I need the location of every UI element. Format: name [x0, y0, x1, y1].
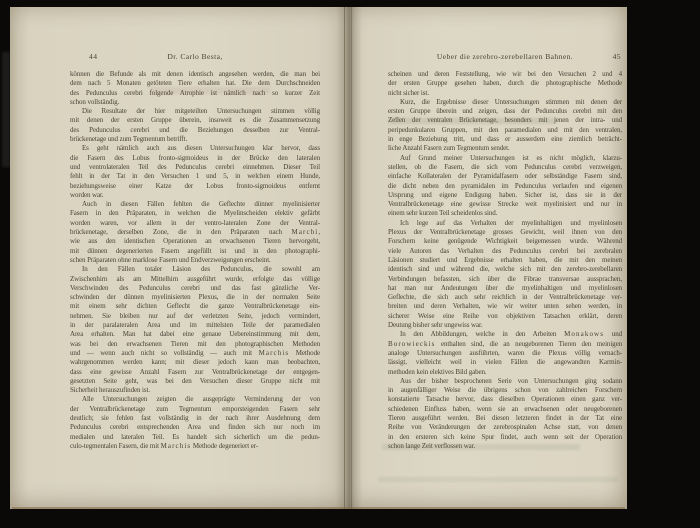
- text-line: Alle Untersuchungen zeigten die ausgeprä…: [70, 395, 320, 404]
- text-line: scheinen und deren Feststellung, wie wir…: [388, 70, 622, 79]
- book-spread: 44 Dr. Carlo Besta, können die Befunde a…: [10, 7, 627, 509]
- text-line: Zwischenhirn als am Mittelhirn ausgeführ…: [70, 275, 320, 284]
- text-line: nehmen. Sie bleiben nur auf der verletzt…: [70, 312, 320, 321]
- text-line: Geflechte, die sich auch sehr reichlich …: [388, 293, 622, 302]
- text-line: Auch in diesen Fällen fehlten die Geflec…: [70, 200, 320, 209]
- text-line: beziehungsweise einer Katze der Lobus fr…: [70, 182, 320, 191]
- text-line: in der paralateralen Area und im mittels…: [70, 321, 320, 330]
- ink-showthrough-mark: [150, 87, 270, 94]
- paragraph: Es geht nämlich auch aus diesen Untersuc…: [70, 144, 320, 200]
- text-line: brückenetage und zum Tegmentum betrifft.: [70, 135, 320, 144]
- text-line: in den ersteren sich keine Spur findet, …: [388, 433, 622, 442]
- text-line: Läsionen studiert und Ergebnisse erhalte…: [388, 256, 622, 265]
- paragraph: In den Abbildungen, welche in den Arbeit…: [388, 330, 622, 376]
- text-line: sicherer Weise eine Reihe von objektiven…: [388, 312, 622, 321]
- paragraph: Ich lege auf das Verhalten der myelinhal…: [388, 219, 622, 331]
- text-line: methoden kein elektives Bild gaben.: [388, 368, 622, 377]
- text-line: können die Befunde als mit denen identis…: [70, 70, 320, 79]
- text-line: Ventralbrückenetage eine gewisse Strecke…: [388, 200, 622, 209]
- text-line: viele Autoren das Verhalten des Peduncul…: [388, 247, 622, 256]
- text-line: brückenetage, derselben Zone, die in den…: [70, 228, 320, 237]
- text-line: einfache Kollateralen der Pyramidalfaser…: [388, 172, 622, 181]
- paragraph: Auf Grund meiner Untersuchungen ist es n…: [388, 154, 622, 219]
- text-line: wie aus den identischen Operationen an e…: [70, 237, 320, 246]
- text-line: in enge Beziehung tritt, und dass er aus…: [388, 135, 622, 144]
- text-line: schen Präparaten ohne marklose Fasern un…: [70, 256, 320, 265]
- text-block-right: scheinen und deren Feststellung, wie wir…: [388, 70, 622, 451]
- text-line: Fasern in den Präparaten, in welchen die…: [70, 209, 320, 218]
- ink-showthrough-mark: [382, 444, 580, 450]
- text-line: identisch sind und während die, welche s…: [388, 265, 622, 274]
- paragraph: Die Resultate der hier mitgeteilten Unte…: [70, 107, 320, 144]
- under-page-edge: [2, 52, 10, 167]
- text-line: konstatierte Tatsache hervor, dass diese…: [388, 395, 622, 404]
- ink-showthrough-mark: [378, 477, 618, 482]
- text-line: schiedenen Einfluss haben, wenn sie an e…: [388, 405, 622, 414]
- paragraph: Kurz, die Ergebnisse dieser Untersuchung…: [388, 98, 622, 154]
- text-line: hat man nur Andeutungen über die myelinh…: [388, 284, 622, 293]
- text-line: lässigt, vielleicht weil in vielen Fälle…: [388, 358, 622, 367]
- text-block-left: können die Befunde als mit denen identis…: [70, 70, 320, 451]
- text-line: einem sehr kurzen Teil scheidenlos sind.: [388, 209, 622, 218]
- running-head-right: Ueber die zerebro-zerebellaren Bahnen.: [388, 51, 622, 62]
- text-line: mit denen der ersten Gruppe überein, ins…: [70, 116, 320, 125]
- text-line: mit dünnen degenerierten Fasern angefüll…: [70, 247, 320, 256]
- text-line: Borowieckis enthalten sind, die an neuge…: [388, 340, 622, 349]
- text-line: was bei den erwachsenen Tieren mit den p…: [70, 340, 320, 349]
- text-line: in augenfälliger Weise die übrigens scho…: [388, 386, 622, 395]
- page-header-right: Ueber die zerebro-zerebellaren Bahnen. 4…: [388, 51, 622, 62]
- text-line: nicht sicher ist.: [388, 89, 622, 98]
- gutter-fold-line: [351, 7, 352, 509]
- text-line: deutlich; sie fehlen fast vollständig in…: [70, 414, 320, 423]
- text-line: breiten und deren Verhalten, wie wir wei…: [388, 302, 622, 311]
- text-line: schwinden der dünnen myelinisierten Plex…: [70, 293, 320, 302]
- text-line: gesetzten Seite geht, was bei den Versuc…: [70, 377, 320, 386]
- text-line: ersten Gruppe überein und zeigen, dass d…: [388, 107, 622, 116]
- text-line: fehlt in der Tat in den Versuchen 1 und …: [70, 172, 320, 181]
- ink-showthrough-mark: [388, 118, 556, 124]
- text-line: Sicherheit herauszufinden ist.: [70, 386, 320, 395]
- text-line: der Ventralbrückenetage zum Tegmentum em…: [70, 405, 320, 414]
- paragraph: Alle Untersuchungen zeigten die ausgeprä…: [70, 395, 320, 451]
- paragraph: Aus der bisher besprochenen Serie von Un…: [388, 377, 622, 451]
- gutter-shadow: [336, 7, 362, 509]
- text-line: Area erhalten. Man hat dabei eine genaue…: [70, 330, 320, 339]
- scanned-book-photo: 44 Dr. Carlo Besta, können die Befunde a…: [0, 0, 700, 528]
- page-number-left: 44: [89, 51, 97, 62]
- text-line: die Fasern des Lobus fronto-sigmoideus i…: [70, 154, 320, 163]
- text-line: und ventrolateralen Teil des Pedunculus …: [70, 163, 320, 172]
- text-line: mit einem sehr dichten Geflecht die ganz…: [70, 302, 320, 311]
- text-line: Deutung bisher sehr ungewiss war.: [388, 321, 622, 330]
- text-line: Ursprung und eigene Endigung haben. Sich…: [388, 191, 622, 200]
- text-line: Aus der bisher besprochenen Serie von Un…: [388, 377, 622, 386]
- text-line: medialen und lateralen Teil. Es handelt …: [70, 433, 320, 442]
- text-line: Tieren ausgeführt werden. Bei diesen let…: [388, 414, 622, 423]
- text-line: Verbindungen befassten, sich über die Fi…: [388, 275, 622, 284]
- text-line: wahrgenommen werden kann; mit dieser jed…: [70, 358, 320, 367]
- page-left: 44 Dr. Carlo Besta, können die Befunde a…: [10, 7, 348, 509]
- text-line: schon vollständig.: [70, 98, 320, 107]
- gutter-fold-line: [344, 7, 345, 509]
- page-number-right: 45: [613, 51, 621, 62]
- text-line: Auf Grund meiner Untersuchungen ist es n…: [388, 154, 622, 163]
- paragraph: In den Fällen totaler Läsion des Peduncu…: [70, 265, 320, 395]
- text-line: culo-tegmentalen Fasern, die mit Marchis…: [70, 442, 320, 451]
- text-line: Pedunculus cerebri entsprechenden Area u…: [70, 423, 320, 432]
- text-line: peripedunkularen Gruppen, mit den parame…: [388, 126, 622, 135]
- text-line: analoge Untersuchungen ausführten, waren…: [388, 349, 622, 358]
- paragraph: Auch in diesen Fällen fehlten die Geflec…: [70, 200, 320, 265]
- text-line: In den Fällen totaler Läsion des Peduncu…: [70, 265, 320, 274]
- text-line: Plexus der Ventralbrückenetage grosses G…: [388, 228, 622, 237]
- text-line: Reihe von Veränderungen der zerebrospina…: [388, 423, 622, 432]
- text-line: Die Resultate der hier mitgeteilten Unte…: [70, 107, 320, 116]
- page-header-left: 44 Dr. Carlo Besta,: [70, 51, 320, 62]
- text-line: dass eine gewisse Anzahl Fasern zur Vent…: [70, 368, 320, 377]
- paragraph: scheinen und deren Feststellung, wie wir…: [388, 70, 622, 98]
- text-line: liche Anzahl Fasern zum Tegmentum sendet…: [388, 144, 622, 153]
- running-head-left: Dr. Carlo Besta,: [70, 51, 320, 62]
- text-line: Kurz, die Ergebnisse dieser Untersuchung…: [388, 98, 622, 107]
- text-line: des Pedunculus cerebri und die Beziehung…: [70, 126, 320, 135]
- text-line: worden waren, vor allem in der ventro-la…: [70, 219, 320, 228]
- text-line: worden war.: [70, 191, 320, 200]
- page-right: Ueber die zerebro-zerebellaren Bahnen. 4…: [348, 7, 627, 509]
- page-bottom-edge: [12, 507, 625, 509]
- text-line: Es geht nämlich auch aus diesen Untersuc…: [70, 144, 320, 153]
- text-line: und — wenn auch nicht so vollständig — a…: [70, 349, 320, 358]
- text-line: Ich lege auf das Verhalten der myelinhal…: [388, 219, 622, 228]
- text-line: die dicht neben den pyramidalen im Pedun…: [388, 182, 622, 191]
- text-line: stellen, ob die Fasern, die sich vom Ped…: [388, 163, 622, 172]
- text-line: In den Abbildungen, welche in den Arbeit…: [388, 330, 622, 339]
- text-line: Forschern keine genügende Wichtigkeit be…: [388, 237, 622, 246]
- text-line: Verschwinden des Pedunculus cerebri und …: [70, 284, 320, 293]
- text-line: der ersten Gruppe gesehen haben, durch d…: [388, 79, 622, 88]
